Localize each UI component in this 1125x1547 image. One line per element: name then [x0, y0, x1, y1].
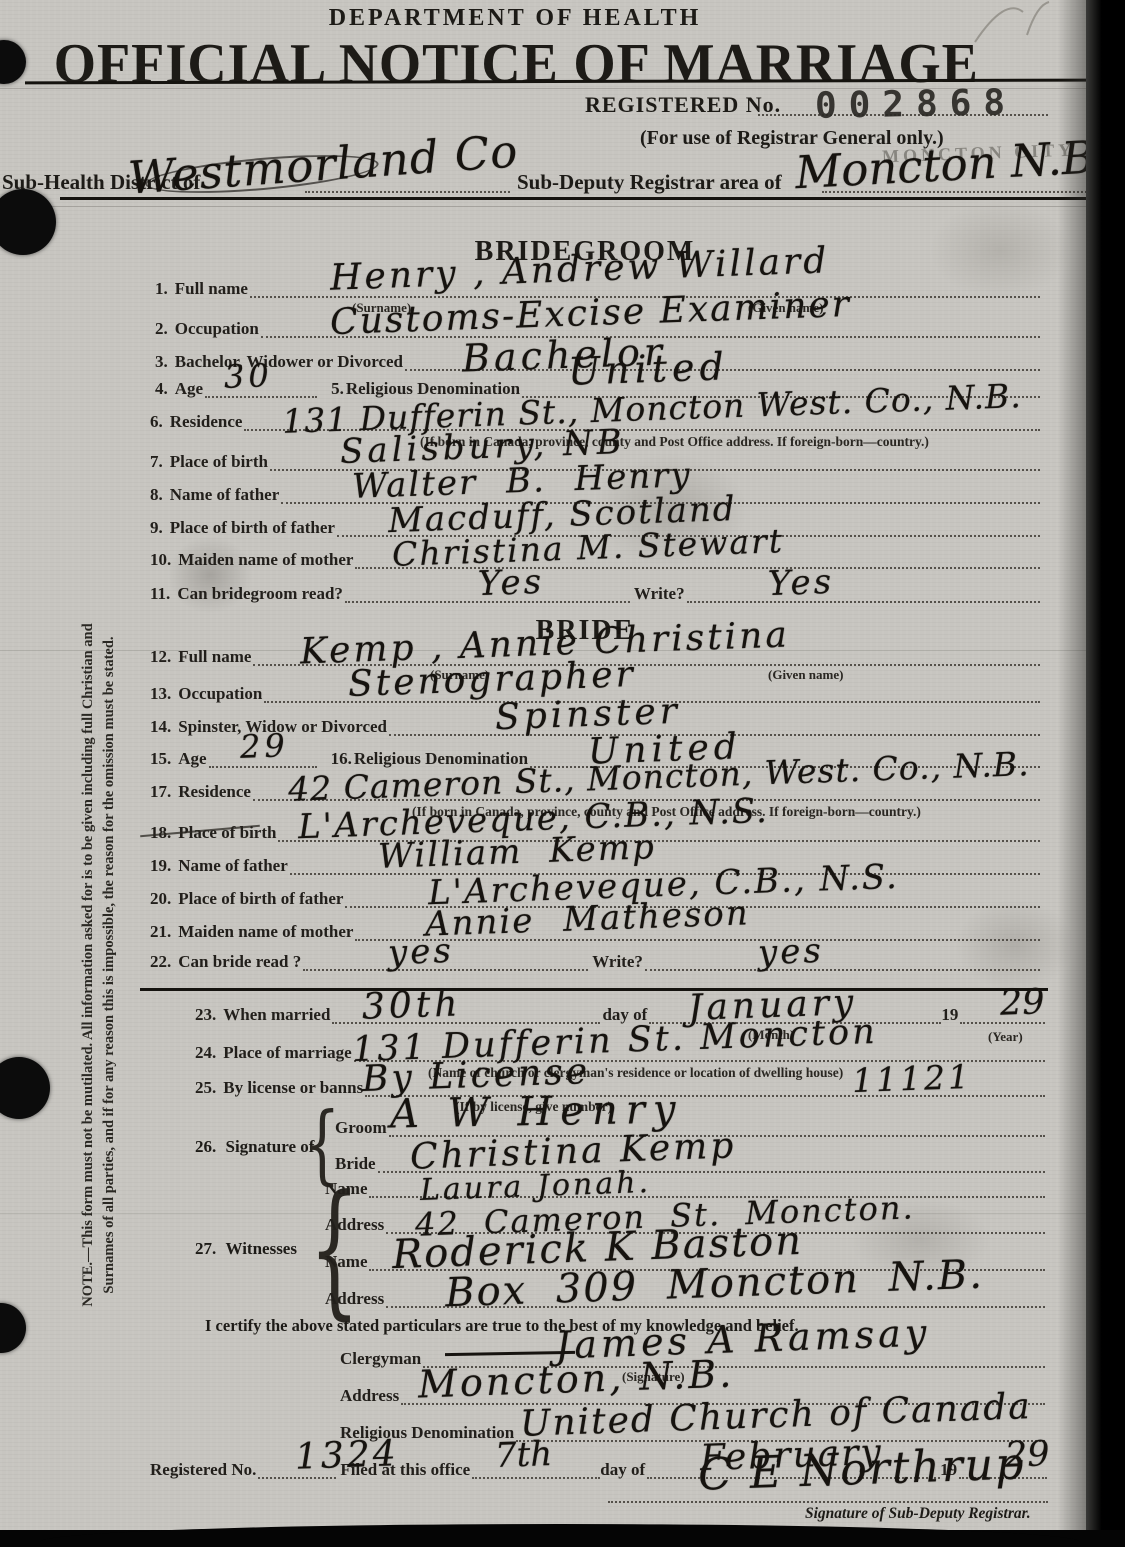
handwriting-bride-can-write: yes [757, 934, 824, 970]
field-label: Occupation [178, 685, 264, 703]
field-label: Can bride read ? [178, 953, 303, 971]
handwriting-filed-day: 7th [494, 1437, 552, 1473]
address-label: Address [340, 1387, 401, 1405]
handwriting-groom-denomination: United [567, 347, 729, 391]
field-label: Maiden name of mother [178, 551, 355, 569]
groom-label: Groom [335, 1119, 389, 1137]
punch-hole [0, 40, 26, 84]
name-label: Name [325, 1180, 369, 1198]
field-number: 26. [195, 1137, 216, 1156]
header-rule [60, 197, 1090, 200]
field-label: Can bridegroom read? [177, 585, 345, 603]
handwriting-subdeputy-signature: C E Northrup [697, 1442, 1026, 1497]
field-number: 4. [155, 380, 170, 398]
field-number: 2. [155, 320, 170, 338]
field-label: Occupation [175, 320, 261, 338]
year-19-label: 19 [941, 1006, 960, 1024]
field-label: Residence [170, 413, 245, 431]
field-label: Name of father [170, 486, 282, 504]
field-label: Place of marriage [223, 1044, 353, 1062]
section-rule [140, 988, 1048, 991]
scanner-edge-right [1086, 0, 1125, 1547]
registered-no-label: Registered No. [150, 1461, 258, 1479]
address-label: Address [325, 1216, 386, 1234]
write-label: Write? [592, 953, 645, 971]
dotted-line [645, 947, 1040, 971]
dotted-line [687, 579, 1040, 603]
handwriting-marriage-year: 29 [999, 985, 1045, 1022]
field-label: Place of birth of father [170, 519, 337, 537]
field-row-22: 22. Can bride read ? Write? [150, 949, 1040, 971]
clergyman-label: Clergyman [340, 1350, 423, 1368]
field-number: 9. [150, 519, 165, 537]
field-label: Witnesses [226, 1239, 297, 1258]
write-label: Write? [634, 585, 687, 603]
address-label: Address [325, 1290, 386, 1308]
field-number: 22. [150, 953, 173, 971]
field-number: 17. [150, 783, 173, 801]
handwriting-clergy-address: Moncton, N.B. [417, 1354, 734, 1403]
field-number: 7. [150, 453, 165, 471]
field-label: Place of birth [170, 453, 270, 471]
dotted-line [608, 1500, 1048, 1503]
sub-deputy-label: Sub-Deputy Registrar area of [517, 172, 782, 193]
field-number: 25. [195, 1079, 218, 1097]
field-label: Residence [178, 783, 253, 801]
scanner-edge-bottom-curve [40, 1524, 1080, 1544]
field-number: 1. [155, 280, 170, 298]
field-number: 20. [150, 890, 173, 908]
handwriting-bride-can-read: yes [387, 934, 454, 970]
field-number: 11. [150, 585, 172, 603]
field-number: 16. [331, 750, 354, 768]
punch-hole [0, 1303, 26, 1353]
field-label: Signature of [226, 1137, 315, 1156]
field-number: 5. [331, 380, 346, 398]
handwriting-registered-no: 1324 [294, 1436, 399, 1476]
field-number: 13. [150, 685, 173, 703]
field-label-26: 26. Signature of [195, 1138, 314, 1155]
handwriting-bride-age: 29 [239, 729, 289, 763]
field-label: Maiden name of mother [178, 923, 355, 941]
name-label: Name [325, 1253, 369, 1271]
margin-note-line1: NOTE.—This form must not be mutilated. A… [78, 535, 99, 1395]
field-number: 21. [150, 923, 173, 941]
handwriting-groom-can-write: Yes [767, 565, 834, 601]
handwriting-license-number: 11121 [851, 1060, 972, 1097]
field-number: 15. [150, 750, 173, 768]
registered-no-label: REGISTERED No. [585, 94, 781, 116]
field-number: 19. [150, 857, 173, 875]
field-label: Bachelor, Widower or Divorced [175, 353, 405, 371]
handwriting-marriage-day: 30th [361, 986, 462, 1025]
registered-no-stamp: 002868 [815, 82, 1018, 127]
field-label: Age [175, 380, 205, 398]
handwriting-bride-mother: Annie Matheson [425, 896, 751, 941]
handwriting-groom-age: 30 [223, 359, 273, 393]
field-label-27: 27. Witnesses [195, 1240, 297, 1257]
punch-hole [0, 1057, 50, 1119]
field-number: 24. [195, 1044, 218, 1062]
dotted-line [305, 190, 510, 193]
field-label: Age [178, 750, 208, 768]
field-label: Full name [175, 280, 250, 298]
scan-line [0, 206, 1125, 207]
field-label: By license or banns [223, 1079, 365, 1097]
document-page: DEPARTMENT OF HEALTH OFFICIAL NOTICE OF … [0, 0, 1125, 1547]
field-label: Full name [178, 648, 253, 666]
field-label: Place of birth of father [178, 890, 345, 908]
field-number: 6. [150, 413, 165, 431]
scanner-edge-right-shadow [1058, 0, 1086, 1547]
field-number: 12. [150, 648, 173, 666]
handwriting-groom-can-read: Yes [477, 565, 544, 601]
field-number: 3. [155, 353, 170, 371]
margin-note-line2: Surnames of all parties, and if for any … [99, 535, 120, 1395]
field-label: Name of father [178, 857, 290, 875]
field-number: 14. [150, 718, 173, 736]
field-number: 23. [195, 1006, 218, 1024]
field-row-11: 11. Can bridegroom read? Write? [150, 581, 1040, 603]
field-number: 10. [150, 551, 173, 569]
field-number: 27. [195, 1239, 216, 1258]
field-label: When married [223, 1006, 332, 1024]
department-heading: DEPARTMENT OF HEALTH [70, 6, 960, 30]
field-number: 8. [150, 486, 165, 504]
punch-hole [0, 189, 56, 255]
day-of-label: day of [600, 1461, 647, 1479]
subdeputy-caption: Signature of Sub-Deputy Registrar. [805, 1506, 1031, 1522]
margin-note: NOTE.—This form must not be mutilated. A… [78, 535, 122, 1395]
